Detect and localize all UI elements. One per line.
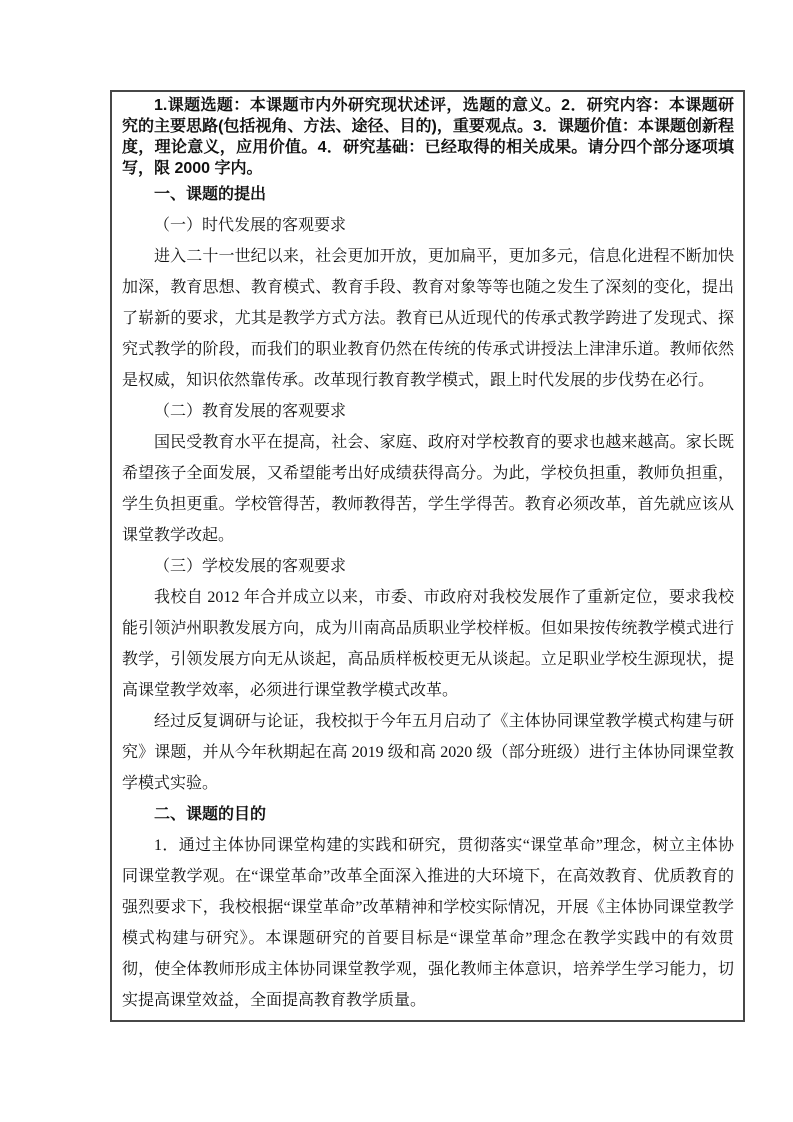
- document-page: { "page": { "background_color": "#ffffff…: [0, 0, 793, 1122]
- instructions-paragraph: 1.课题选题：本课题市内外研究现状述评，选题的意义。2．研究内容：本课题研究的主…: [122, 95, 734, 179]
- paragraph-education-development: 国民受教育水平在提高，社会、家庭、政府对学校教育的要求也越来越高。家长既希望孩子…: [122, 427, 734, 551]
- section-2-heading: 二、课题的目的: [122, 799, 734, 830]
- paragraph-purpose-1: 1．通过主体协同课堂构建的实践和研究，贯彻落实“课堂革命”理念，树立主体协同课堂…: [122, 830, 734, 1016]
- paragraph-era-development: 进入二十一世纪以来，社会更加开放，更加扁平，更加多元，信息化进程不断加快加深，教…: [122, 241, 734, 396]
- subsection-1-3-heading: （三）学校发展的客观要求: [122, 551, 734, 582]
- paragraph-school-development: 我校自 2012 年合并成立以来，市委、市政府对我校发展作了重新定位，要求我校能…: [122, 582, 734, 706]
- subsection-1-1-heading: （一）时代发展的客观要求: [122, 210, 734, 241]
- paragraph-research-launch: 经过反复调研与论证，我校拟于今年五月启动了《主体协同课堂教学模式构建与研究》课题…: [122, 706, 734, 799]
- section-1-heading: 一、课题的提出: [122, 179, 734, 210]
- subsection-1-2-heading: （二）教育发展的客观要求: [122, 396, 734, 427]
- form-cell: 1.课题选题：本课题市内外研究现状述评，选题的意义。2．研究内容：本课题研究的主…: [110, 90, 745, 1022]
